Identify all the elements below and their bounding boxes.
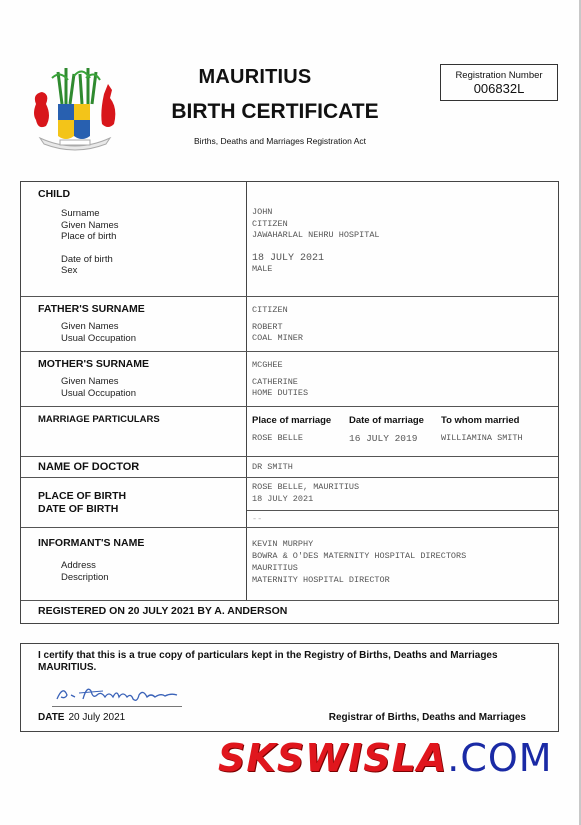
informant-section: INFORMANT'S NAME Address Description KEV… — [21, 528, 558, 601]
place-of-birth-heading: PLACE OF BIRTH — [38, 490, 246, 502]
date-value: 20 July 2021 — [68, 712, 125, 723]
certificate-grid: CHILD Surname Given Names Place of birth… — [20, 181, 559, 624]
registration-number-box: Registration Number 006832L — [440, 64, 558, 101]
watermark: SKSWISLA.COM — [218, 736, 553, 780]
registration-number-value: 006832L — [441, 81, 557, 96]
watermark-part1: SKSWISLA — [218, 736, 447, 780]
informant-description-value: MATERNITY HOSPITAL DIRECTOR — [247, 574, 558, 586]
marriage-place-header: Place of marriage — [252, 415, 331, 426]
father-given-names-label: Given Names — [38, 321, 246, 333]
registration-number-label: Registration Number — [441, 70, 557, 81]
child-sex-value: MALE — [247, 264, 558, 276]
certification-text: I certify that this is a true copy of pa… — [38, 650, 548, 673]
child-heading: CHILD — [38, 188, 246, 200]
marriage-heading: MARRIAGE PARTICULARS — [38, 414, 246, 425]
doctor-value: DR SMITH — [247, 462, 558, 474]
informant-name-value: KEVIN MURPHY — [247, 538, 558, 550]
marriage-place-value: ROSE BELLE — [252, 433, 303, 443]
place-date-section: PLACE OF BIRTH DATE OF BIRTH ROSE BELLE,… — [21, 478, 558, 528]
child-place-of-birth-value: JAWAHARLAL NEHRU HOSPITAL — [247, 230, 558, 242]
father-given-names-value: ROBERT — [247, 322, 558, 334]
mother-occupation-label: Usual Occupation — [38, 388, 246, 400]
marriage-spouse-value: WILLIAMINA SMITH — [441, 433, 523, 443]
signature-icon — [53, 681, 185, 705]
child-section: CHILD Surname Given Names Place of birth… — [21, 182, 558, 297]
informant-heading: INFORMANT'S NAME — [38, 537, 246, 549]
child-surname-value: JOHN — [247, 207, 558, 219]
registered-section: REGISTERED ON 20 JULY 2021 BY A. ANDERSO… — [21, 601, 558, 623]
child-place-of-birth-label: Place of birth — [38, 231, 246, 243]
marriage-date-value: 16 JULY 2019 — [349, 433, 417, 444]
mother-section: MOTHER'S SURNAME Given Names Usual Occup… — [21, 352, 558, 407]
marriage-spouse-header: To whom married — [441, 415, 519, 426]
certification-box: I certify that this is a true copy of pa… — [20, 643, 559, 732]
date-of-birth-heading: DATE OF BIRTH — [38, 503, 246, 515]
informant-description-label: Description — [38, 572, 246, 584]
mother-occupation-value: HOME DUTIES — [247, 388, 558, 400]
doctor-section: NAME OF DOCTOR DR SMITH — [21, 457, 558, 478]
act-subtitle: Births, Deaths and Marriages Registratio… — [160, 136, 400, 146]
father-occupation-label: Usual Occupation — [38, 333, 246, 345]
child-surname-label: Surname — [38, 208, 246, 220]
signature-line — [52, 706, 182, 707]
child-date-of-birth-value: 18 JULY 2021 — [247, 253, 558, 265]
informant-address-label: Address — [38, 560, 246, 572]
child-given-names-label: Given Names — [38, 220, 246, 232]
informant-address-line2: MAURITIUS — [247, 562, 558, 574]
father-surname-heading: FATHER'S SURNAME — [38, 303, 246, 315]
document-title: BIRTH CERTIFICATE — [160, 100, 390, 124]
marriage-section: MARRIAGE PARTICULARS Place of marriage D… — [21, 407, 558, 457]
informant-address-line1: BOWRA & O'DES MATERNITY HOSPITAL DIRECTO… — [247, 550, 558, 562]
child-given-names-value: CITIZEN — [247, 219, 558, 231]
country-title: MAURITIUS — [160, 66, 350, 89]
date-label: DATE — [38, 712, 64, 723]
child-date-of-birth-label: Date of birth — [38, 254, 246, 266]
extra-field-value: -- — [247, 514, 558, 526]
father-surname-value: CITIZEN — [247, 305, 558, 317]
mother-surname-heading: MOTHER'S SURNAME — [38, 358, 246, 370]
mother-given-names-value: CATHERINE — [247, 377, 558, 389]
certification-date: DATE20 July 2021 — [38, 712, 125, 723]
mother-given-names-label: Given Names — [38, 376, 246, 388]
registered-statement: REGISTERED ON 20 JULY 2021 BY A. ANDERSO… — [21, 601, 287, 623]
doctor-heading: NAME OF DOCTOR — [38, 461, 246, 473]
marriage-date-header: Date of marriage — [349, 415, 424, 426]
watermark-part2: .COM — [447, 736, 552, 780]
date-of-birth-value: 18 JULY 2021 — [247, 494, 558, 506]
coat-of-arms-icon — [30, 64, 120, 152]
father-occupation-value: COAL MINER — [247, 333, 558, 345]
child-sex-label: Sex — [38, 265, 246, 277]
place-of-birth-value: ROSE BELLE, MAURITIUS — [247, 482, 558, 494]
father-section: FATHER'S SURNAME Given Names Usual Occup… — [21, 297, 558, 352]
registrar-title: Registrar of Births, Deaths and Marriage… — [329, 712, 526, 723]
mother-surname-value: MCGHEE — [247, 360, 558, 372]
